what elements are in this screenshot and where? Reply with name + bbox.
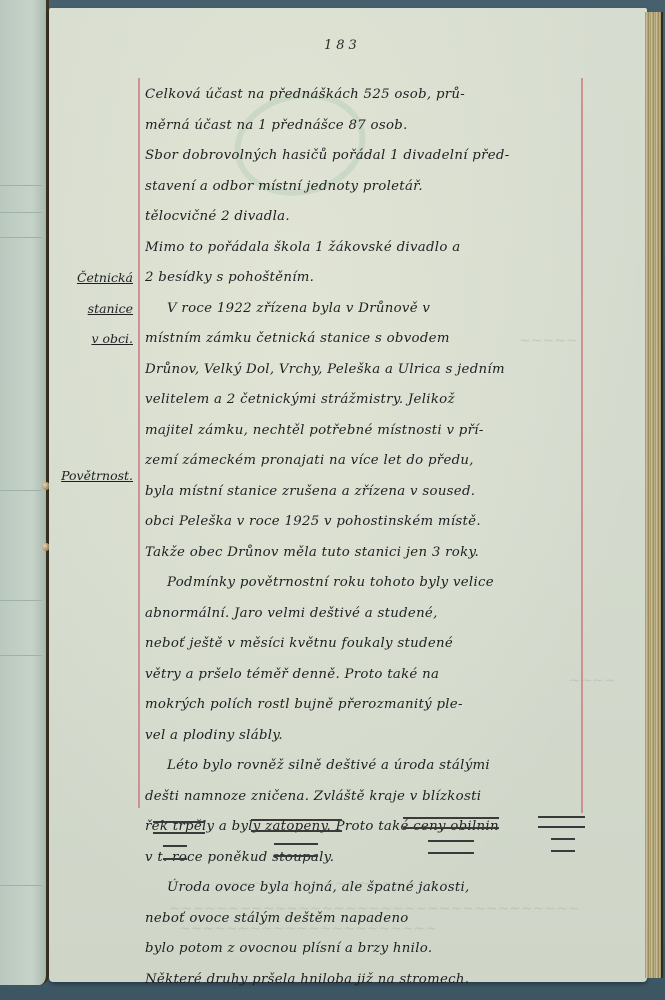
text-line: tělocvičné 2 divadla. [145,202,577,233]
ghost-rule [0,212,42,213]
text-line: Léto bylo rovněž silně deštivé a úroda s… [145,751,577,782]
end-rule [551,850,575,852]
text-line: mokrých polích rostl bujně přerozmanitý … [145,690,577,721]
ghost-rule [0,185,42,186]
text-line: v t. roce poněkud stoupaly. [145,843,577,874]
previous-page-edge [0,0,49,985]
text-line: velitelem a 2 četnickými strážmistry. Je… [145,385,577,416]
margin-note-line: Povětrnost. [55,461,133,492]
text-line: bylo potom z ovocnou plísní a brzy hnilo… [145,934,577,965]
ghost-rule [0,885,42,886]
end-rule [551,838,575,840]
end-rule [403,827,499,829]
bleed-through-text: ~~~~~~~~~~~~~~~~~~~~~~~~~~~~~~~~~~~ [169,901,580,917]
text-line: abnormální. Jaro velmi deštivé a studené… [145,599,577,630]
text-line: Drůnov, Velký Dol, Vrchy, Peleška a Ulri… [145,355,577,386]
end-rule [274,855,318,857]
handwritten-body: Celková účast na přednáškách 525 osob, p… [145,80,577,995]
end-rule [251,830,342,832]
text-line: větry a pršelo téměř denně. Proto také n… [145,660,577,691]
end-rule [538,826,585,828]
ghost-rule [0,655,42,656]
page-number: 183 [324,38,361,53]
text-line: zemí zámeckém pronajati na více let do p… [145,446,577,477]
margin-note-line: Četnická [55,263,133,294]
text-line: dešti namnoze zničena. Zvláště kraje v b… [145,782,577,813]
end-rule [403,817,499,819]
ghost-rule [0,600,42,601]
end-rule [153,832,205,834]
text-line: obci Peleška v roce 1925 v pohostinském … [145,507,577,538]
end-rule [153,821,205,823]
text-line: neboť ještě v měsíci květnu foukaly stud… [145,629,577,660]
end-rule [428,852,474,854]
text-line: měrná účast na 1 přednášce 87 osob. [145,111,577,142]
text-line: 2 besídky s pohoštěním. [145,263,577,294]
end-rule [251,819,342,821]
end-rule [163,858,187,860]
ghost-rule [0,490,42,491]
text-line: místním zámku četnická stanice s obvodem [145,324,577,355]
margin-note-line: stanice [55,294,133,325]
text-line: byla místní stanice zrušena a zřízena v … [145,477,577,508]
text-line: Takže obec Drůnov měla tuto stanici jen … [145,538,577,569]
margin-note-gendarmerie: Četnická stanice v obci. [55,263,133,355]
right-margin-rule [581,78,583,813]
text-line: Mimo to pořádala škola 1 žákovské divadl… [145,233,577,264]
text-line: vel a plodiny slábly. [145,721,577,752]
bleed-through-text: ~~~~~~~~~~~~~~~~~~~ [229,876,452,892]
end-rule [538,816,585,818]
end-rule [163,845,187,847]
text-line: V roce 1922 zřízena byla v Drůnově v [145,294,577,325]
text-line: Podmínky povětrnostní roku tohoto byly v… [145,568,577,599]
ghost-rule [0,237,42,238]
text-line: Celková účast na přednáškách 525 osob, p… [145,80,577,111]
margin-note-line: v obci. [55,324,133,355]
left-margin-rule [138,78,140,808]
end-rule [428,840,474,842]
bleed-through-text: ~~~~~~~~~~~~~~~~~~~~~~ [179,921,437,937]
chronicle-page: ~~~~~ ~~~~ 183 Četnická stanice v obci. … [49,8,647,982]
text-line: řek trpěly a byly zatopeny. Proto také c… [145,812,577,843]
end-rule [274,843,318,845]
page-stack-edge [645,12,663,978]
text-line: majitel zámku, nechtěl potřebné místnost… [145,416,577,447]
text-line: Některé druhy pršela hniloba již na stro… [145,965,577,996]
margin-note-weather: Povětrnost. [55,461,133,492]
text-line: Sbor dobrovolných hasičů pořádal 1 divad… [145,141,577,172]
text-line: stavení a odbor místní jednoty proletář. [145,172,577,203]
